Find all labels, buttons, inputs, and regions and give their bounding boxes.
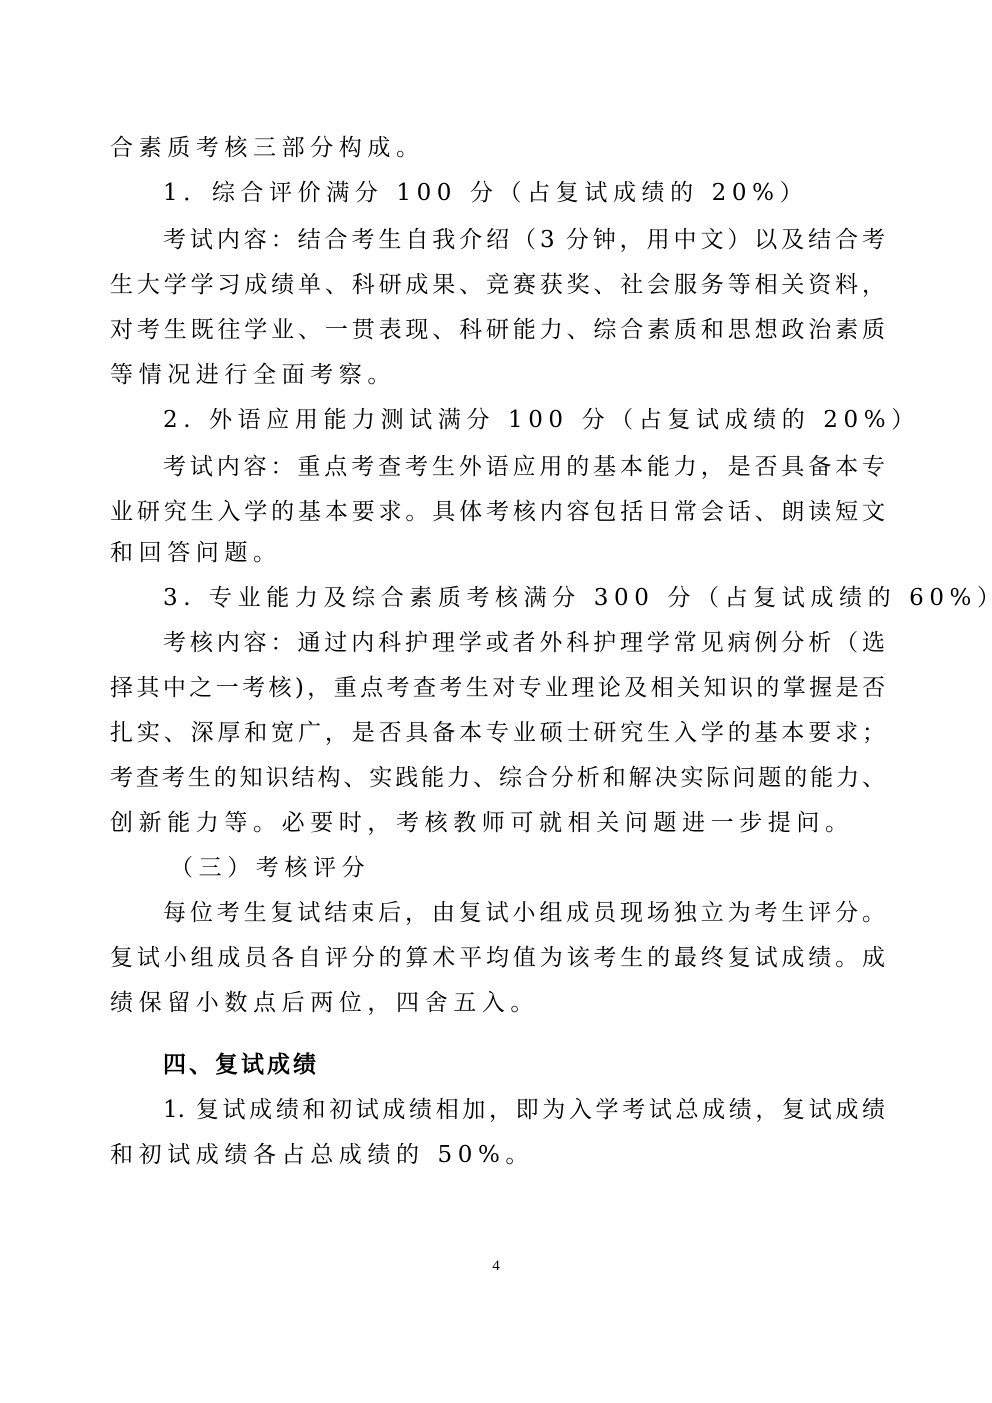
text-line: 考查考生的知识结构、实践能力、综合分析和解决实际问题的能力、: [110, 758, 885, 798]
item-title-professional-ability: 3. 专业能力及综合素质考核满分 300 分（占复试成绩的 60%）: [163, 578, 885, 618]
section-heading-retest-score: 四、复试成绩: [163, 1045, 885, 1085]
text-line: 扎实、深厚和宽广，是否具备本专业硕士研究生入学的基本要求；: [110, 713, 885, 753]
document-page: 合素质考核三部分构成。 1．综合评价满分 100 分（占复试成绩的 20%） 考…: [0, 0, 992, 1403]
page-number: 4: [486, 1256, 506, 1276]
text-line: 考试内容：重点考查考生外语应用的基本能力，是否具备本专: [163, 447, 885, 487]
text-line: 等情况进行全面考察。: [110, 355, 885, 395]
text-line: 生大学学习成绩单、科研成果、竞赛获奖、社会服务等相关资料，: [110, 265, 885, 305]
text-line: 考核内容：通过内科护理学或者外科护理学常见病例分析（选: [163, 623, 885, 663]
text-line: 创新能力等。必要时，考核教师可就相关问题进一步提问。: [110, 803, 885, 843]
text-line: 择其中之一考核)，重点考查考生对专业理论及相关知识的掌握是否: [110, 668, 885, 708]
item-title-foreign-language: 2. 外语应用能力测试满分 100 分（占复试成绩的 20%）: [163, 400, 885, 440]
text-line: 和初试成绩各占总成绩的 50%。: [110, 1135, 885, 1175]
text-line: 业研究生入学的基本要求。具体考核内容包括日常会话、朗读短文: [110, 492, 885, 532]
subsection-heading-scoring: （三）考核评分: [170, 848, 945, 888]
text-line: 复试小组成员各自评分的算术平均值为该考生的最终复试成绩。成: [110, 938, 885, 978]
text-line: 合素质考核三部分构成。: [110, 128, 885, 168]
text-line: 考试内容：结合考生自我介绍（3 分钟，用中文）以及结合考: [163, 220, 885, 260]
text-line: 对考生既往学业、一贯表现、科研能力、综合素质和思想政治素质: [110, 310, 885, 350]
text-line: 绩保留小数点后两位，四舍五入。: [110, 983, 885, 1023]
text-line: 每位考生复试结束后，由复试小组成员现场独立为考生评分。: [163, 893, 885, 933]
text-line: 和回答问题。: [110, 533, 885, 573]
item-title-comprehensive-evaluation: 1．综合评价满分 100 分（占复试成绩的 20%）: [163, 173, 885, 213]
text-line: 1. 复试成绩和初试成绩相加，即为入学考试总成绩，复试成绩: [163, 1090, 885, 1130]
